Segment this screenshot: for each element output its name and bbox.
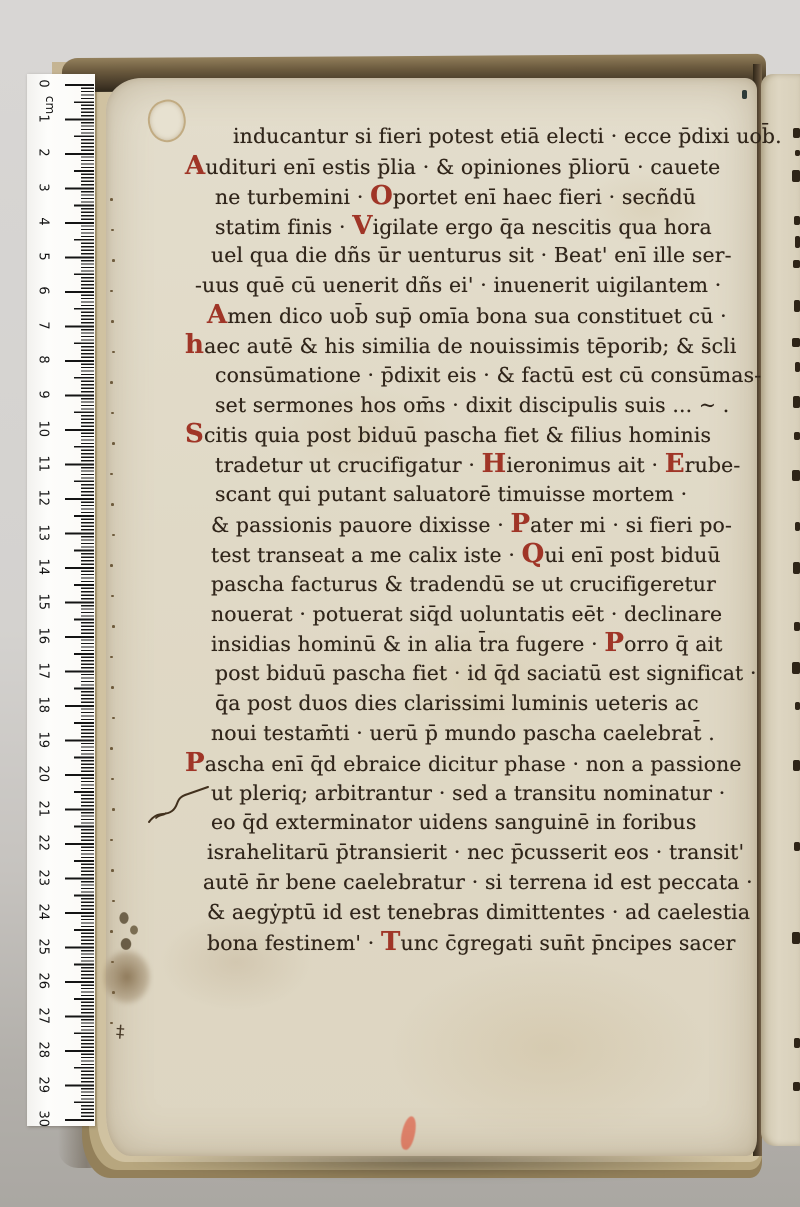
photo-background: ‡ inducantur si fieri potest etiā electi… xyxy=(0,0,800,1207)
text-segment: & aegẏptū id est tenebras dimittentes · … xyxy=(207,900,750,924)
ruler-number: 29 xyxy=(36,1076,51,1092)
text-segment: test transeat a me calix iste · xyxy=(211,543,522,567)
pricking-hole xyxy=(110,473,113,476)
text-segment: autē n̄r bene caelebratur · si terrena i… xyxy=(203,870,753,894)
pricking-hole xyxy=(110,198,113,201)
margin-cross-mark: ‡ xyxy=(115,1022,125,1043)
ruler-number: 26 xyxy=(36,973,51,989)
text-segment: noui testam̄ti · uerū p̄ mundo pascha ca… xyxy=(211,721,715,745)
text-segment: men dico uob̄ sup̄ omīa bona sua constit… xyxy=(227,304,726,328)
manuscript-line: statim finis · Vigilate ergo q̄a nesciti… xyxy=(215,212,771,242)
pricking-hole xyxy=(112,625,115,628)
letter-fragment xyxy=(794,622,800,631)
letter-fragment xyxy=(792,170,800,182)
rubric-initial: P xyxy=(185,748,205,778)
manuscript-line: Audituri enī estis p̄lia · & opiniones p… xyxy=(185,152,771,182)
text-segment: aec autē & his similia de nouissimis tēp… xyxy=(204,334,736,358)
pricking-hole xyxy=(111,595,114,598)
rubric-initial: V xyxy=(352,211,372,241)
text-segment: -uus quē cū uenerit dñs ei' · inuenerit … xyxy=(195,273,721,297)
text-segment: igilate ergo q̄a nescitis qua hora xyxy=(373,215,712,239)
letter-fragment xyxy=(794,432,800,440)
manuscript-line: insidias hominū & in alia t̄ra fugere · … xyxy=(211,629,771,659)
manuscript-line: consūmatione · p̄dixit eis · & factū est… xyxy=(215,361,771,391)
text-segment: insidias hominū & in alia t̄ra fugere · xyxy=(211,632,604,656)
text-segment: orro q̄ ait xyxy=(624,632,722,656)
pricking-hole xyxy=(110,930,113,933)
text-segment: unc c̄gregati sun̄t p̄ncipes sacer xyxy=(401,931,736,955)
manuscript-line: ut pleriq; arbitrantur · sed a transitu … xyxy=(211,779,771,809)
letter-fragment xyxy=(795,236,800,248)
ruler-number: 19 xyxy=(36,731,51,747)
pricking-hole xyxy=(110,747,113,750)
ruler-number: 4 xyxy=(36,214,51,230)
text-segment: ne turbemini · xyxy=(215,185,370,209)
pricking-hole xyxy=(111,412,114,415)
manuscript-page: ‡ inducantur si fieri potest etiā electi… xyxy=(106,78,757,1156)
text-segment: ui enī post biduū xyxy=(544,543,720,567)
text-segment: inducantur si fieri potest etiā electi ·… xyxy=(233,124,782,148)
letter-fragment xyxy=(795,150,800,156)
text-segment: uel qua die dñs ūr uenturus sit · Beat' … xyxy=(211,243,732,267)
ruler-number: 17 xyxy=(36,662,51,678)
text-segment: ieronimus ait · xyxy=(506,453,664,477)
letter-fragment xyxy=(795,702,800,710)
manuscript-line: uel qua die dñs ūr uenturus sit · Beat' … xyxy=(211,241,771,271)
manuscript-line: ne turbemini · Oportet enī haec fieri · … xyxy=(215,182,771,212)
ruler-number: 21 xyxy=(36,800,51,816)
pricking-hole xyxy=(111,320,114,323)
ruler-number: 14 xyxy=(36,559,51,575)
text-segment: & passionis pauore dixisse · xyxy=(211,513,510,537)
ruler-number: 9 xyxy=(36,386,51,402)
pricking-hole xyxy=(112,717,115,720)
letter-fragment xyxy=(793,760,800,771)
edge-speck xyxy=(742,90,747,99)
manuscript-line: scant qui putant saluatorē timuisse mort… xyxy=(215,480,771,510)
ruler-number: 12 xyxy=(36,490,51,506)
text-segment: scant qui putant saluatorē timuisse mort… xyxy=(215,482,687,506)
letter-fragment xyxy=(795,522,800,531)
letter-fragment xyxy=(792,470,800,481)
ruler-number: 13 xyxy=(36,524,51,540)
manuscript-line: nouerat · potuerat siq̄d uoluntatis eēt … xyxy=(211,600,771,630)
text-segment: statim finis · xyxy=(215,215,352,239)
pricking-hole xyxy=(111,869,114,872)
manuscript-line: -uus quē cū uenerit dñs ei' · inuenerit … xyxy=(195,271,771,301)
manuscript-line: post biduū pascha fiet · id q̄d saciatū … xyxy=(215,659,771,689)
text-segment: nouerat · potuerat siq̄d uoluntatis eēt … xyxy=(211,602,722,626)
pricking-hole xyxy=(112,442,115,445)
manuscript-line: set sermones hos om̄s · dixit discipulis… xyxy=(215,391,771,421)
parchment-stain xyxy=(98,944,156,1010)
text-segment: ut pleriq; arbitrantur · sed a transitu … xyxy=(211,781,725,805)
ruler-number: 23 xyxy=(36,869,51,885)
manuscript-line: inducantur si fieri potest etiā electi ·… xyxy=(233,122,771,152)
text-segment: bona festinem' · xyxy=(207,931,381,955)
pricking-hole xyxy=(110,381,113,384)
text-segment: citis quia post biduū pascha fiet & fili… xyxy=(204,423,711,447)
rubric-initial: S xyxy=(185,419,204,449)
pricking-hole xyxy=(112,900,115,903)
text-segment: consūmatione · p̄dixit eis · & factū est… xyxy=(215,363,761,387)
rubric-initial: Q xyxy=(522,539,545,569)
ruler-number: 15 xyxy=(36,593,51,609)
manuscript-line: Amen dico uob̄ sup̄ omīa bona sua consti… xyxy=(207,301,771,331)
text-block: inducantur si fieri potest etiā electi ·… xyxy=(185,122,771,958)
manuscript-line: & aegẏptū id est tenebras dimittentes · … xyxy=(207,898,771,928)
letter-fragment xyxy=(793,562,800,574)
ruler-number: 28 xyxy=(36,1042,51,1058)
ruler-number: 5 xyxy=(36,248,51,264)
ruler-number: 25 xyxy=(36,938,51,954)
letter-fragment xyxy=(792,662,800,674)
letter-fragment xyxy=(795,362,800,372)
manuscript-line: haec autē & his similia de nouissimis tē… xyxy=(185,331,771,361)
ruler-number: 3 xyxy=(36,179,51,195)
pricking-hole xyxy=(112,808,115,811)
text-segment: rube- xyxy=(685,453,741,477)
pricking-hole xyxy=(112,259,115,262)
rubric-initial: P xyxy=(604,628,624,658)
manuscript-line: pascha facturus & tradendū se ut crucifi… xyxy=(211,570,771,600)
measurement-ruler: 0123456789101112131415161718192021222324… xyxy=(27,74,95,1126)
manuscript-line: Scitis quia post biduū pascha fiet & fil… xyxy=(185,420,771,450)
rubric-initial: P xyxy=(510,509,530,539)
text-segment: tradetur ut crucifigatur · xyxy=(215,453,482,477)
pricking-hole xyxy=(110,564,113,567)
manuscript-line: bona festinem' · Tunc c̄gregati sun̄t p̄… xyxy=(207,928,771,958)
text-segment: post biduū pascha fiet · id q̄d saciatū … xyxy=(215,661,757,685)
text-segment: portet enī haec fieri · secñdū xyxy=(393,185,696,209)
rubric-initial: T xyxy=(381,927,401,957)
letter-fragment xyxy=(793,1082,800,1091)
pricking-hole xyxy=(110,656,113,659)
letter-fragment xyxy=(794,300,800,312)
ruler-number: 18 xyxy=(36,697,51,713)
text-segment: set sermones hos om̄s · dixit discipulis… xyxy=(215,393,729,417)
ruler-number: 10 xyxy=(36,421,51,437)
pricking-hole xyxy=(111,778,114,781)
manuscript-line: noui testam̄ti · uerū p̄ mundo pascha ca… xyxy=(211,719,771,749)
letter-fragment xyxy=(793,128,800,138)
ruler-number: 24 xyxy=(36,904,51,920)
text-segment: pascha facturus & tradendū se ut crucifi… xyxy=(211,572,716,596)
ruler-number: 30 xyxy=(36,1111,51,1127)
ruler-number: 16 xyxy=(36,628,51,644)
manuscript-line: autē n̄r bene caelebratur · si terrena i… xyxy=(203,868,771,898)
ruler-number: 8 xyxy=(36,352,51,368)
ruler-number: 7 xyxy=(36,317,51,333)
pricking-hole xyxy=(110,1022,113,1025)
manuscript-line: q̄a post duos dies clarissimi luminis ue… xyxy=(215,689,771,719)
parchment-hole xyxy=(143,96,191,147)
manuscript-line: & passionis pauore dixisse · Pater mi · … xyxy=(211,510,771,540)
letter-fragment xyxy=(794,216,800,225)
rubric-initial: E xyxy=(665,449,685,479)
ruler-cm-ticks xyxy=(65,84,94,1121)
pricking-hole xyxy=(110,839,113,842)
ruler-number: 11 xyxy=(36,455,51,471)
letter-fragment xyxy=(792,338,800,347)
manuscript-line: eo q̄d exterminator uidens sanguinē in f… xyxy=(211,808,771,838)
pricking-hole xyxy=(111,503,114,506)
ruler-number: 27 xyxy=(36,1007,51,1023)
ruler-number: 6 xyxy=(36,283,51,299)
text-segment: ater mi · si fieri po- xyxy=(530,513,732,537)
letter-fragment xyxy=(793,396,800,408)
letter-fragment xyxy=(792,932,800,944)
ruler-number: 20 xyxy=(36,766,51,782)
pricking-hole xyxy=(112,534,115,537)
ruler-number: 22 xyxy=(36,835,51,851)
rubric-initial: H xyxy=(482,449,507,479)
letter-fragment xyxy=(794,1038,800,1048)
pricking-hole xyxy=(110,290,113,293)
manuscript-line: Pascha enī q̄d ebraice dicitur phase · n… xyxy=(185,749,771,779)
text-segment: ascha enī q̄d ebraice dicitur phase · no… xyxy=(205,752,742,776)
ruler-number: 0 xyxy=(36,76,51,92)
red-pigment-smudge xyxy=(398,1115,419,1151)
letter-fragment xyxy=(794,842,800,851)
ruler-number: 2 xyxy=(36,145,51,161)
text-segment: israhelitarū p̄transierit · nec p̄cusser… xyxy=(207,840,744,864)
pricking-hole xyxy=(112,351,115,354)
rubric-initial: h xyxy=(185,330,204,360)
manuscript-line: test transeat a me calix iste · Qui enī … xyxy=(211,540,771,570)
text-segment: q̄a post duos dies clarissimi luminis ue… xyxy=(215,691,699,715)
pricking-hole xyxy=(111,686,114,689)
pricking-hole xyxy=(111,229,114,232)
ruler-unit-label: cm xyxy=(43,96,57,114)
text-segment: eo q̄d exterminator uidens sanguinē in f… xyxy=(211,810,696,834)
letter-fragment xyxy=(793,260,800,268)
rubric-initial: O xyxy=(370,181,393,211)
manuscript-line: israhelitarū p̄transierit · nec p̄cusser… xyxy=(207,838,771,868)
manuscript-line: tradetur ut crucifigatur · Hieronimus ai… xyxy=(215,450,771,480)
rubric-initial: A xyxy=(185,151,205,181)
text-segment: udituri enī estis p̄lia · & opiniones p̄… xyxy=(205,155,720,179)
rubric-initial: A xyxy=(207,300,227,330)
